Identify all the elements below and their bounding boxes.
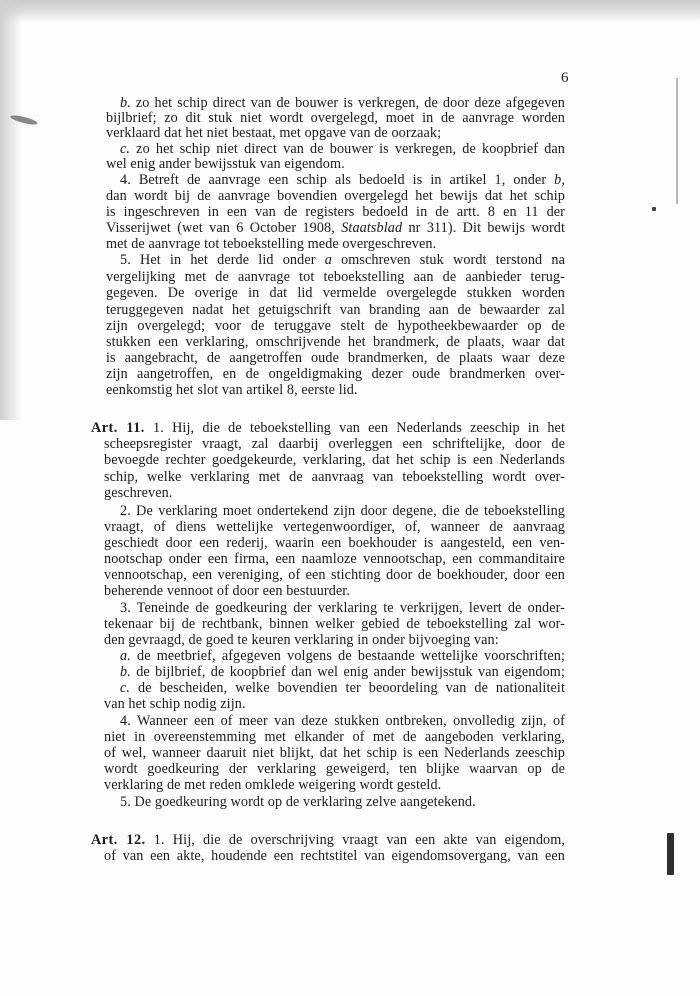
text-line: geschreven. bbox=[104, 486, 565, 501]
text-line: zijn aangetroffen, en de ongeldigmaking … bbox=[106, 367, 565, 382]
page-number: 6 bbox=[561, 70, 569, 87]
text-line: bevoegde rechter goedgekeurde, verklarin… bbox=[104, 453, 565, 468]
text-line: 4. Wanneer een of meer van deze stukken … bbox=[120, 714, 565, 729]
text-line: wordt goedkeuring der verklaring geweige… bbox=[104, 762, 565, 777]
article-12-first-line: Art. 12. 1. Hij, die de overschrijving v… bbox=[91, 833, 565, 848]
article-heading: Art. 12. bbox=[91, 832, 146, 848]
article-heading: Art. 11. bbox=[91, 420, 145, 436]
scan-shadow-left bbox=[0, 0, 22, 420]
item-label: b. bbox=[120, 664, 131, 680]
text-line: bijlbrief; zo dit stuk niet wordt overge… bbox=[106, 111, 565, 126]
text-line: verklaring de met reden omklede weigerin… bbox=[104, 778, 565, 793]
text-line: 4. Betreft de aanvrage een schip als bed… bbox=[120, 173, 565, 188]
text-line: schip, welke verklaring met de aanvraag … bbox=[104, 470, 565, 485]
scan-shadow-top bbox=[0, 0, 700, 22]
text-line: is aangebracht, de aangetroffen oude bra… bbox=[106, 351, 565, 366]
text-line: wel enig ander bewijsstuk van eigendom. bbox=[106, 157, 565, 172]
text-line: 3. Teneinde de goedkeuring der verklarin… bbox=[120, 601, 565, 616]
margin-bar-mark bbox=[667, 833, 674, 875]
text-line: vennootschap, een vereniging, of een sti… bbox=[104, 568, 565, 583]
text-line: b. de bijlbrief, de koopbrief dan wel en… bbox=[120, 665, 565, 680]
text-line: dan wordt bij de aanvrage bovendien over… bbox=[106, 189, 565, 204]
article-11-first-line: Art. 11. 1. Hij, die de teboekstelling v… bbox=[91, 421, 565, 436]
text-line: eenkomstig het slot van artikel 8, eerst… bbox=[106, 383, 565, 398]
ink-dot bbox=[652, 207, 656, 211]
text-line: nootschap onder een firma, een naamloze … bbox=[104, 552, 565, 567]
text-line: met de aanvrage tot teboekstelling mede … bbox=[106, 237, 565, 252]
text-line: vraagt, of diens wettelijke vertegenwoor… bbox=[104, 520, 565, 535]
text-line: tekenaar bij de rechtbank, binnen welker… bbox=[104, 617, 565, 632]
text-line: stukken een verklaring, omschrijvende he… bbox=[106, 335, 565, 350]
text-line: beherende vennoot of door een bestuurder… bbox=[104, 584, 565, 599]
text-line: Visserijwet (wet van 6 October 1908, Sta… bbox=[106, 221, 565, 236]
text-line: vergelijking met de aanvrage tot teboeks… bbox=[106, 270, 565, 285]
text-line: zijn overgelegd; voor de teruggave stelt… bbox=[106, 319, 565, 334]
text-line: c. de bescheiden, welke bovendien ter be… bbox=[120, 681, 565, 696]
text-line: a. de meetbrief, afgegeven volgens de be… bbox=[120, 649, 565, 664]
text-line: c. zo het schip niet direct van de bouwe… bbox=[120, 142, 565, 157]
item-label: a. bbox=[120, 648, 131, 664]
text-line: geschiedt door een rederij, waarin een b… bbox=[104, 536, 565, 551]
text-line: 5. De goedkeuring wordt op de verklaring… bbox=[120, 795, 565, 810]
text-line: van het schip nodig zijn. bbox=[104, 697, 565, 712]
text-line: verklaard dat het niet bestaat, met opga… bbox=[106, 126, 565, 141]
text-line: of wel, wanneer daaruit niet blijkt, dat… bbox=[104, 746, 565, 761]
item-label: c. bbox=[120, 680, 130, 696]
text-line: den gevraagd, de goed te keuren verklari… bbox=[104, 633, 565, 648]
text-line: b. zo het schip direct van de bouwer is … bbox=[120, 96, 565, 111]
text-line: scheepsregister vraagt, zal daarbij over… bbox=[104, 437, 565, 452]
item-label: c. bbox=[120, 141, 130, 157]
text-line: 2. De verklaring moet ondertekend zijn d… bbox=[120, 504, 565, 519]
page-edge-line bbox=[676, 78, 678, 204]
text-line: teruggegeven nadat het getuigschrift van… bbox=[106, 303, 565, 318]
text-line: gegeven. De overige in dat lid vermelde … bbox=[106, 286, 565, 301]
text-line: is ingeschreven in een van de registers … bbox=[106, 205, 565, 220]
item-label: b. bbox=[120, 95, 131, 111]
text-line: niet in overeenstemming met elkander of … bbox=[104, 730, 565, 745]
text-line: of van een akte, houdende een rechtstite… bbox=[104, 849, 565, 864]
text-line: 5. Het in het derde lid onder a omschrev… bbox=[120, 253, 565, 268]
